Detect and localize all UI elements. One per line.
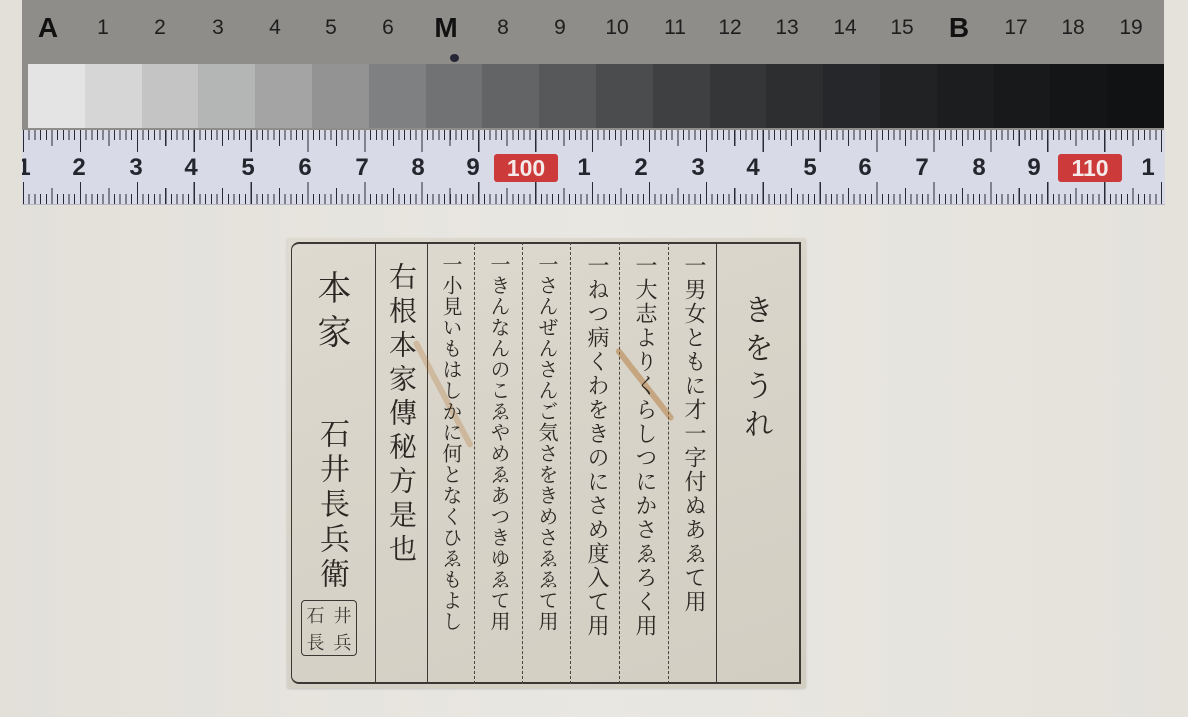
card-label: 12 [710, 8, 750, 48]
indication-line: 一きんなんのこゑやめゑあつきゆゑて用 [484, 254, 514, 632]
card-label: 6 [368, 8, 408, 48]
measuring-tape: 1 2 3 4 5 6 7 8 9 100 1 2 3 4 5 6 7 8 9 … [22, 130, 1165, 205]
tape-number: 2 [59, 154, 99, 182]
gray-patch [823, 64, 880, 128]
card-label: 17 [996, 8, 1036, 48]
card-label: 13 [767, 8, 807, 48]
column-divider [619, 242, 620, 684]
brand-honke: 本家 [309, 270, 353, 358]
tape-number: 6 [845, 154, 885, 182]
indication-line: 一小見いもはしかに何となくひゑもよし [436, 254, 466, 632]
gray-patch [1050, 64, 1107, 128]
tape-number-highlight: 110 [1058, 154, 1122, 182]
secret-formula-statement: 右根本家傳秘方是也 [383, 262, 419, 568]
card-label: 3 [198, 8, 238, 48]
center-dot-marker [450, 54, 459, 62]
gray-patches [28, 64, 1164, 128]
gray-patch [937, 64, 994, 128]
tape-number: 8 [398, 154, 438, 182]
column-divider [668, 242, 669, 684]
gray-patch [653, 64, 710, 128]
gray-patch [994, 64, 1051, 128]
gray-patch [142, 64, 199, 128]
tape-number: 5 [790, 154, 830, 182]
card-label-b: B [939, 8, 979, 48]
card-label-m: M [426, 8, 466, 48]
gray-patch [312, 64, 369, 128]
card-label: 15 [882, 8, 922, 48]
column-divider [570, 242, 571, 684]
gray-patch [710, 64, 767, 128]
card-label: 10 [597, 8, 637, 48]
gray-patch [1107, 64, 1164, 128]
tape-number: 7 [342, 154, 382, 182]
column-divider [375, 242, 376, 684]
card-label: 11 [655, 8, 695, 48]
tape-number: 8 [959, 154, 999, 182]
tape-number: 9 [453, 154, 493, 182]
maker-seal: 石 井 長 兵 [301, 600, 357, 656]
card-label: 5 [311, 8, 351, 48]
gray-patch [198, 64, 255, 128]
card-label: 2 [140, 8, 180, 48]
seal-char: 石 [307, 602, 325, 628]
tape-number: 4 [171, 154, 211, 182]
tape-number: 4 [733, 154, 773, 182]
gray-patch [28, 64, 85, 128]
column-divider [522, 242, 523, 684]
tape-number: 1 [564, 154, 604, 182]
card-label: 9 [540, 8, 580, 48]
product-name: きをうれ [733, 294, 777, 446]
gray-patch [426, 64, 483, 128]
column-divider [427, 242, 428, 684]
card-label-a: A [28, 8, 68, 48]
indication-line: 一男女ともに才一字付ぬあゑて用 [678, 254, 708, 614]
tape-number: 3 [678, 154, 718, 182]
tape-ticks-top [22, 130, 1165, 152]
column-divider [716, 242, 717, 684]
gray-card-labels: A 1 2 3 4 5 6 M 8 9 10 11 12 13 14 15 B … [22, 8, 1164, 52]
card-label: 18 [1053, 8, 1093, 48]
indication-line: 一さんぜんさんご気さをきめさゑゑて用 [532, 254, 562, 632]
indication-line: 一ねつ病くわをきのにさめ度入て用 [581, 254, 611, 638]
medicine-label-document: きをうれ 一男女ともに才一字付ぬあゑて用 一大志よりくらしつにかさゑろく用 一ね… [287, 238, 806, 688]
card-label: 14 [825, 8, 865, 48]
seal-char: 井 [334, 602, 352, 628]
gray-patch [596, 64, 653, 128]
tape-ticks-bottom [22, 182, 1165, 204]
maker-name: 石井長兵衛 [311, 418, 351, 593]
gray-patch [482, 64, 539, 128]
card-label: 4 [255, 8, 295, 48]
tape-number: 6 [285, 154, 325, 182]
tape-number: 9 [1014, 154, 1054, 182]
tape-number: 5 [228, 154, 268, 182]
gray-patch [369, 64, 426, 128]
gray-patch [880, 64, 937, 128]
indication-line: 一大志よりくらしつにかさゑろく用 [629, 254, 659, 638]
seal-char: 長 [307, 629, 325, 655]
gray-patch [85, 64, 142, 128]
gray-patch [539, 64, 596, 128]
tape-number: 1 [1128, 154, 1165, 182]
tape-number: 7 [902, 154, 942, 182]
gray-patch [255, 64, 312, 128]
seal-char: 兵 [334, 629, 352, 655]
column-divider [474, 242, 475, 684]
tape-number: 2 [621, 154, 661, 182]
gray-scale-card: A 1 2 3 4 5 6 M 8 9 10 11 12 13 14 15 B … [22, 0, 1164, 130]
card-label: 8 [483, 8, 523, 48]
card-label: 1 [83, 8, 123, 48]
gray-patch [766, 64, 823, 128]
card-label: 19 [1111, 8, 1151, 48]
tape-number-highlight: 100 [494, 154, 558, 182]
tape-number: 3 [116, 154, 156, 182]
tape-number: 1 [22, 154, 44, 182]
